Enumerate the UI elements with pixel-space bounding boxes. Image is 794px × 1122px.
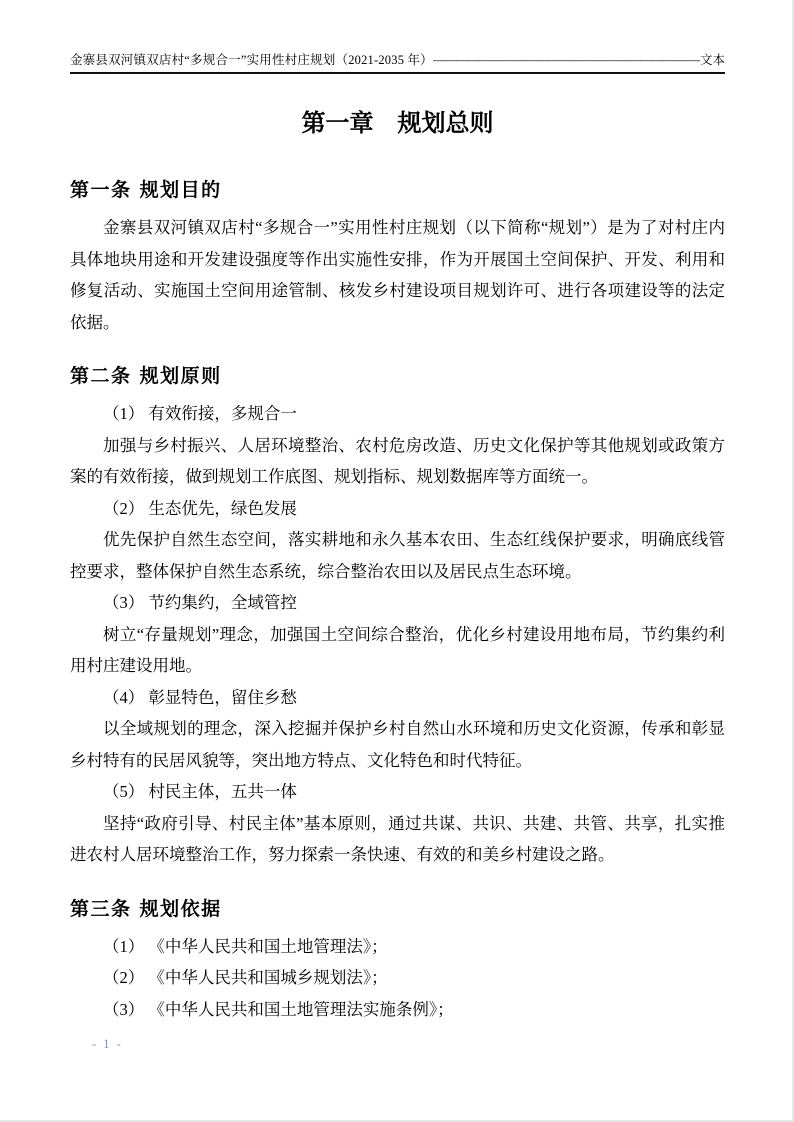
article-1-paragraph: 金寨县双河镇双店村“多规合一”实用性村庄规划（以下简称“规划”）是为了对村庄内具… (70, 212, 725, 338)
principle-3-label: （3） 节约集约，全域管控 (70, 587, 725, 619)
basis-item-2: （2） 《中华人民共和国城乡规划法》； (70, 962, 725, 994)
section-heading-article-1: 第一条 规划目的 (70, 178, 725, 202)
basis-item-3: （3） 《中华人民共和国土地管理法实施条例》； (70, 994, 725, 1026)
principle-3-text: 树立“存量规划”理念，加强国土空间综合整治，优化乡村建设用地布局，节约集约利用村… (70, 619, 725, 682)
chapter-title: 第一章 规划总则 (70, 108, 725, 138)
principle-4-text: 以全域规划的理念，深入挖掘并保护乡村自然山水环境和历史文化资源，传承和彰显乡村特… (70, 713, 725, 776)
header-doc-type-label: 文本 (700, 50, 725, 70)
principle-2-label: （2） 生态优先，绿色发展 (70, 493, 725, 525)
page-number: - 1 - (92, 1037, 123, 1052)
section-heading-article-3: 第三条 规划依据 (70, 897, 725, 921)
principle-5-label: （5） 村民主体，五共一体 (70, 776, 725, 808)
section-heading-article-2: 第二条 规划原则 (70, 364, 725, 388)
principle-1-text: 加强与乡村振兴、人居环境整治、农村危房改造、历史文化保护等其他规划或政策方案的有… (70, 430, 725, 493)
principle-2-text: 优先保护自然生态空间，落实耕地和永久基本农田、生态红线保护要求，明确底线管控要求… (70, 524, 725, 587)
document-body: 第一章 规划总则 第一条 规划目的 金寨县双河镇双店村“多规合一”实用性村庄规划… (70, 76, 725, 1025)
basis-item-1: （1） 《中华人民共和国土地管理法》； (70, 931, 725, 963)
principle-1-label: （1） 有效衔接，多规合一 (70, 398, 725, 430)
header-title: 金寨县双河镇双店村“多规合一”实用性村庄规划（2021-2035 年） (70, 50, 433, 70)
header-dash-line: ———————————————————————————— (433, 50, 700, 70)
principle-5-text: 坚持“政府引导、村民主体”基本原则，通过共谋、共识、共建、共管、共享，扎实推进农… (70, 808, 725, 871)
page-header: 金寨县双河镇双店村“多规合一”实用性村庄规划（2021-2035 年） ————… (70, 50, 725, 74)
document-page: 金寨县双河镇双店村“多规合一”实用性村庄规划（2021-2035 年） ————… (0, 0, 794, 1122)
principle-4-label: （4） 彰显特色，留住乡愁 (70, 682, 725, 714)
